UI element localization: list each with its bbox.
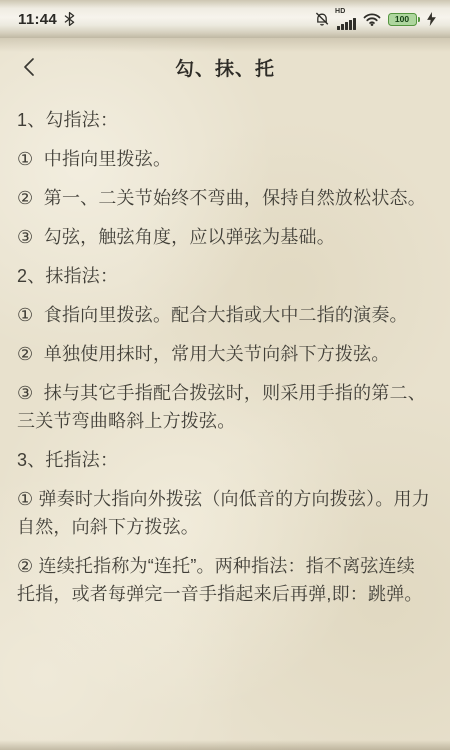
page-bottom-shadow xyxy=(0,740,450,750)
status-bar-right: HD 100 xyxy=(314,9,436,30)
status-bar-left: 11:44 xyxy=(18,11,75,28)
list-item: ③ 抹与其它手指配合拨弦时，则采用手指的第二、三关节弯曲略斜上方拨弦。 xyxy=(17,379,433,435)
signal-icon: HD xyxy=(337,9,356,30)
section-heading: 3、托指法： xyxy=(17,446,433,474)
bluetooth-icon xyxy=(64,11,75,27)
battery-icon: 100 xyxy=(388,13,421,26)
app-screen: 11:44 HD xyxy=(0,0,450,750)
charging-icon xyxy=(427,12,436,26)
section-heading: 1、勾指法： xyxy=(17,106,433,134)
battery-level: 100 xyxy=(395,15,409,24)
list-item: ② 单独使用抹时，常用大关节向斜下方拨弦。 xyxy=(17,340,433,368)
page-title: 勾、抹、托 xyxy=(175,54,275,81)
network-type-label: HD xyxy=(335,8,346,15)
list-item: ① 中指向里拨弦。 xyxy=(17,145,433,173)
status-bar: 11:44 HD xyxy=(0,0,450,38)
back-button[interactable] xyxy=(14,50,44,84)
mute-icon xyxy=(314,11,330,27)
list-item: ① 食指向里拨弦。配合大指或大中二指的演奏。 xyxy=(17,301,433,329)
article-content: 1、勾指法： ① 中指向里拨弦。 ② 第一、二关节始终不弯曲，保持自然放松状态。… xyxy=(0,106,450,608)
list-item: ① 弹奏时大指向外拨弦（向低音的方向拨弦）。用力自然，向斜下方拨弦。 xyxy=(17,485,433,541)
list-item: ③ 勾弦，触弦角度，应以弹弦为基础。 xyxy=(17,223,433,251)
wifi-icon xyxy=(363,12,381,26)
list-item: ② 连续托指称为“连托”。两种指法：指不离弦连续托指，或者每弹完一音手指起来后再… xyxy=(17,552,433,608)
header: 勾、抹、托 xyxy=(0,38,450,96)
back-chevron-icon xyxy=(23,57,35,77)
list-item: ② 第一、二关节始终不弯曲，保持自然放松状态。 xyxy=(17,184,433,212)
clock: 11:44 xyxy=(18,11,57,28)
section-heading: 2、抹指法： xyxy=(17,262,433,290)
